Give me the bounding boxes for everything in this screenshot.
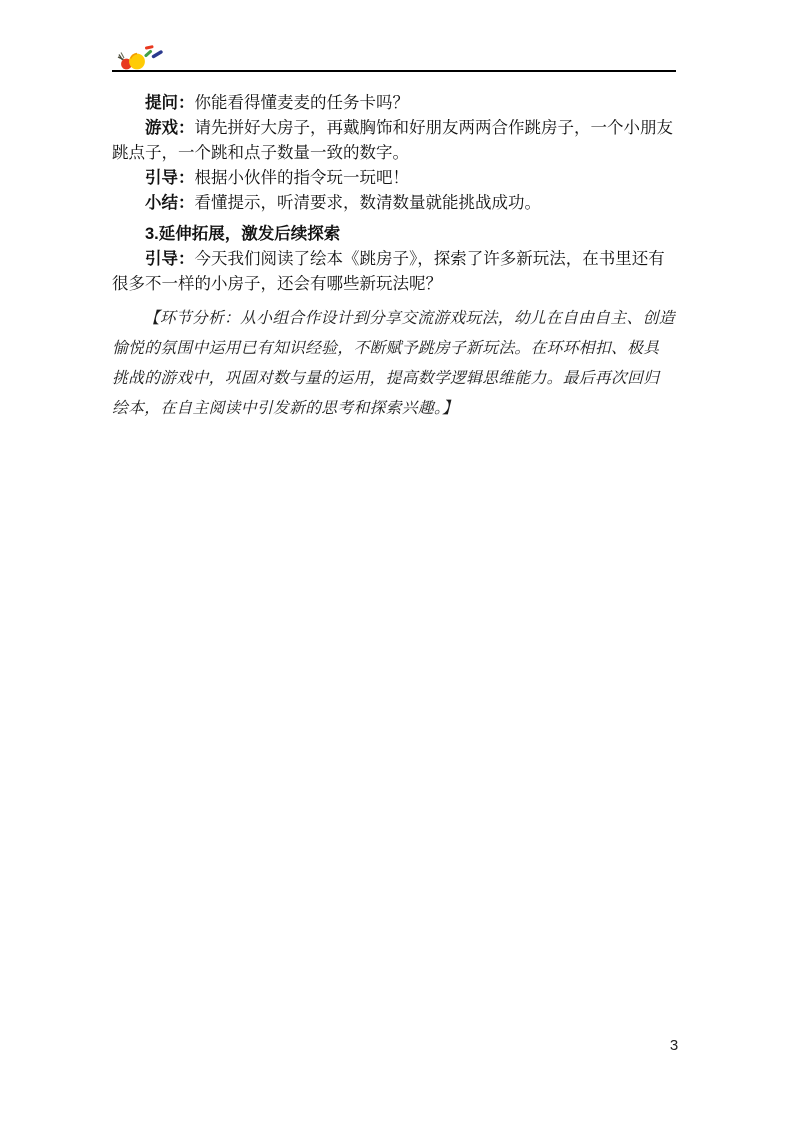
analysis-line: 挑战的游戏中，巩固对数与量的运用，提高数学逻辑思维能力。最后再次回归 xyxy=(112,364,678,394)
paragraph-guide-2: 引导：今天我们阅读了绘本《跳房子》，探索了许多新玩法，在书里还有很多不一样的小房… xyxy=(112,247,678,297)
paragraph-question: 提问：你能看得懂麦麦的任务卡吗？ xyxy=(112,91,678,116)
document-body: 提问：你能看得懂麦麦的任务卡吗？ 游戏：请先拼好大房子，再戴胸饰和好朋友两两合作… xyxy=(112,91,678,424)
paragraph-label: 引导： xyxy=(145,250,195,268)
paragraph-game: 游戏：请先拼好大房子，再戴胸饰和好朋友两两合作跳房子，一个小朋友跳点子，一个跳和… xyxy=(112,116,678,166)
analysis-block: 【环节分析：从小组合作设计到分享交流游戏玩法，幼儿在自由自主、创造 愉悦的氛围中… xyxy=(112,304,678,424)
paragraph-label: 引导： xyxy=(145,169,195,187)
paragraph-text: 根据小伙伴的指令玩一玩吧！ xyxy=(195,169,410,187)
analysis-line: 愉悦的氛围中运用已有知识经验，不断赋予跳房子新玩法。在环环相扣、极具 xyxy=(112,334,678,364)
paragraph-text: 请先拼好大房子，再戴胸饰和好朋友两两合作跳房子，一个小朋友跳点子，一个跳和点子数… xyxy=(112,119,673,162)
paragraph-text: 看懂提示，听清要求，数清数量就能挑战成功。 xyxy=(195,194,542,212)
paragraph-text: 你能看得懂麦麦的任务卡吗？ xyxy=(195,94,410,112)
section-heading: 3.延伸拓展，激发后续探索 xyxy=(112,222,678,247)
paragraph-label: 提问： xyxy=(145,94,195,112)
paint-splash-logo-icon xyxy=(116,44,168,72)
paragraph-text: 今天我们阅读了绘本《跳房子》，探索了许多新玩法，在书里还有很多不一样的小房子，还… xyxy=(112,250,665,293)
analysis-line: 【环节分析：从小组合作设计到分享交流游戏玩法，幼儿在自由自主、创造 xyxy=(112,304,678,334)
document-page: 提问：你能看得懂麦麦的任务卡吗？ 游戏：请先拼好大房子，再戴胸饰和好朋友两两合作… xyxy=(0,0,794,1123)
paragraph-guide-1: 引导：根据小伙伴的指令玩一玩吧！ xyxy=(112,166,678,191)
paragraph-label: 游戏： xyxy=(145,119,195,137)
header-divider-line xyxy=(112,70,676,72)
page-number: 3 xyxy=(666,1036,682,1056)
analysis-line: 绘本，在自主阅读中引发新的思考和探索兴趣。】 xyxy=(112,394,678,424)
paragraph-summary: 小结：看懂提示，听清要求，数清数量就能挑战成功。 xyxy=(112,191,678,216)
paragraph-label: 小结： xyxy=(145,194,195,212)
